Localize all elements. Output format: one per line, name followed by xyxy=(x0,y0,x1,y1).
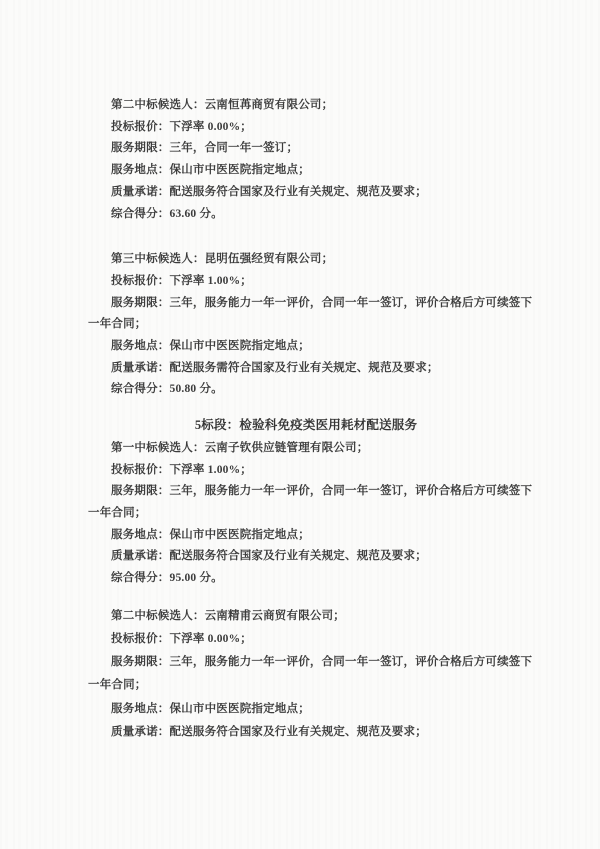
service-location-line: 服务地点：保山市中医医院指定地点； xyxy=(88,336,524,358)
document-page: 第二中标候选人：云南恒苒商贸有限公司； 投标报价：下浮率 0.00%； 服务期限… xyxy=(0,0,600,849)
total-score-line: 综合得分：50.80 分。 xyxy=(88,379,524,401)
quality-commitment-line: 质量承诺：配送服务符合国家及行业有关规定、规范及要求； xyxy=(88,721,524,744)
candidate-block-2: 第三中标候选人：昆明伍强经贸有限公司； 投标报价：下浮率 1.00%； 服务期限… xyxy=(88,249,524,401)
service-period-continuation-line: 一年合同； xyxy=(88,314,524,336)
bid-price-line: 投标报价：下浮率 1.00%； xyxy=(88,460,524,482)
candidate-block-3: 第一中标候选人：云南子钦供应链管理有限公司； 投标报价：下浮率 1.00%； 服… xyxy=(88,438,524,590)
candidate-name-line: 第二中标候选人：云南精甫云商贸有限公司； xyxy=(88,605,524,628)
bid-price-line: 投标报价：下浮率 0.00%； xyxy=(88,628,524,651)
candidate-name-line: 第二中标候选人：云南恒苒商贸有限公司； xyxy=(88,95,524,117)
service-period-continuation-line: 一年合同； xyxy=(88,674,524,697)
bid-price-line: 投标报价：下浮率 1.00%； xyxy=(88,271,524,293)
quality-commitment-line: 质量承诺：配送服务符合国家及行业有关规定、规范及要求； xyxy=(88,182,524,204)
quality-commitment-line: 质量承诺：配送服务符合国家及行业有关规定、规范及要求； xyxy=(88,546,524,568)
service-location-line: 服务地点：保山市中医医院指定地点； xyxy=(88,698,524,721)
service-period-line: 服务期限：三年，服务能力一年一评价，合同一年一签订，评价合格后方可续签下 xyxy=(88,651,524,674)
total-score-line: 综合得分：63.60 分。 xyxy=(88,204,524,226)
service-period-line: 服务期限：三年，合同一年一签订； xyxy=(88,138,524,160)
service-location-line: 服务地点：保山市中医医院指定地点； xyxy=(88,160,524,182)
candidate-block-4: 第二中标候选人：云南精甫云商贸有限公司； 投标报价：下浮率 0.00%； 服务期… xyxy=(88,605,524,744)
bid-price-line: 投标报价：下浮率 0.00%； xyxy=(88,117,524,139)
service-location-line: 服务地点：保山市中医医院指定地点； xyxy=(88,525,524,547)
document-content: 第二中标候选人：云南恒苒商贸有限公司； 投标报价：下浮率 0.00%； 服务期限… xyxy=(88,95,524,744)
quality-commitment-line: 质量承诺：配送服务需符合国家及行业有关规定、规范及要求； xyxy=(88,358,524,380)
candidate-block-1: 第二中标候选人：云南恒苒商贸有限公司； 投标报价：下浮率 0.00%； 服务期限… xyxy=(88,95,524,225)
service-period-line: 服务期限：三年，服务能力一年一评价，合同一年一签订，评价合格后方可续签下 xyxy=(88,481,524,503)
service-period-continuation-line: 一年合同； xyxy=(88,503,524,525)
section-heading-lot5: 5标段：检验科免疫类医用耗材配送服务 xyxy=(88,415,524,437)
candidate-name-line: 第一中标候选人：云南子钦供应链管理有限公司； xyxy=(88,438,524,460)
total-score-line: 综合得分：95.00 分。 xyxy=(88,568,524,590)
service-period-line: 服务期限：三年，服务能力一年一评价，合同一年一签订，评价合格后方可续签下 xyxy=(88,293,524,315)
candidate-name-line: 第三中标候选人：昆明伍强经贸有限公司； xyxy=(88,249,524,271)
